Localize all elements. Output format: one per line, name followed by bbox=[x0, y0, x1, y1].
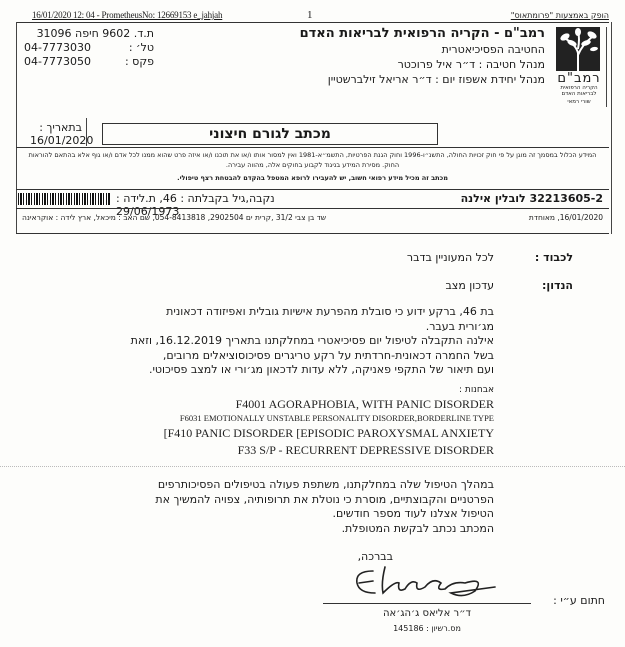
divider bbox=[16, 233, 609, 234]
hospital-logo: רמב"ם הקריה הרפואית לבריאות האדם שורי רמ… bbox=[552, 27, 607, 107]
signed-by-label: חתום ע״י : bbox=[553, 594, 605, 607]
recipient-label: לכבוד : bbox=[535, 251, 573, 264]
subject-label: הנדון: bbox=[542, 279, 573, 292]
logo-subtitle-2: לבריאות האדם bbox=[552, 91, 606, 97]
closing: בברכה, bbox=[358, 550, 393, 563]
document-title: מכתב לגורם חיצוני bbox=[102, 123, 438, 145]
patient-barcode bbox=[18, 193, 110, 205]
printed-by-note: הופק באמצעות "פרומתאוס" bbox=[511, 11, 609, 20]
admission-info: 16/01/2020, מאוחדת bbox=[529, 213, 603, 222]
fax-value: 04-7773050 bbox=[24, 55, 91, 69]
license-number: מס.רשיון : 145186 bbox=[323, 624, 531, 633]
division-name: החטיבה הפסיכיאטרית bbox=[300, 42, 545, 57]
diagnosis-item: F4001 AGORAPHOBIA, WITH PANIC DISORDER bbox=[236, 397, 494, 412]
paragraph-line: אילנה התקבלה לטיפול יום פסיכיאטרי במחלקת… bbox=[94, 334, 494, 349]
document-date: בתאריך : 16/01/2020 bbox=[30, 121, 82, 147]
tree-icon bbox=[556, 27, 600, 71]
paragraph-line: בת 46, ברקע ידוע כי סובלת מהפרעת אישיות … bbox=[94, 305, 494, 320]
diagnosis-item: F6031 EMOTIONALLY UNSTABLE PERSONALITY D… bbox=[180, 413, 494, 423]
phone-value: 04-7773030 bbox=[24, 41, 91, 55]
print-stamp: 16/01/2020 12: 04 - PrometheusNo: 126691… bbox=[32, 10, 222, 20]
page-number: 1 bbox=[307, 9, 313, 21]
fax-row: פקס : 04-7773050 bbox=[24, 55, 154, 69]
fax-label: פקס : bbox=[125, 55, 154, 69]
diagnoses-label: אבחנות : bbox=[459, 385, 494, 395]
doctor-name: ד״ר אליאס ג׳הג׳אה bbox=[323, 608, 531, 619]
privacy-notice: המידע הכלול במסמך זה מוגן על פי חוק זכוי… bbox=[22, 150, 603, 170]
paragraph-line: ועם תיאור של התקפי פאניקה, ללא עדות לדכא… bbox=[94, 363, 494, 378]
paragraph-line: הפרטניים והקבוצתיים, מוסרת כי נוטלת את ת… bbox=[84, 493, 494, 508]
scan-artifact bbox=[0, 466, 625, 467]
hospital-title: רמב"ם - הקריה הרפואית לבריאות האדם bbox=[300, 25, 545, 42]
logo-name: רמב"ם bbox=[552, 72, 606, 85]
signature-line bbox=[323, 603, 531, 604]
contact-block: ת.ד. 9602 חיפה 31096 טל׳ : 04-7773030 פק… bbox=[24, 27, 154, 69]
signature bbox=[345, 563, 505, 607]
divider bbox=[16, 208, 609, 209]
address-row: ת.ד. 9602 חיפה 31096 bbox=[24, 27, 154, 41]
subject: עדכון מצב bbox=[445, 279, 494, 292]
patient-id-name: 32213605-2 לובלין אילנה bbox=[461, 192, 603, 205]
privacy-notice-bold: מכתב זה מכיל מידע רפואי חשוב, יש להעבירו… bbox=[22, 174, 603, 182]
letter-paragraph-1: בת 46, ברקע ידוע כי סובלת מהפרעת אישיות … bbox=[94, 305, 494, 378]
division-head: מנהל חטיבה : ד״ר איל פרוכטר bbox=[300, 57, 545, 72]
recipient: לכל המעוניין בדבר bbox=[407, 251, 494, 264]
letter-paragraph-2: במהלך הטיפול שלה במחלקתנו, משתפת פעולה ב… bbox=[84, 478, 494, 536]
date-value: 16/01/2020 bbox=[30, 134, 82, 147]
diagnosis-item: F33 S/P - RECURRENT DEPRESSIVE DISORDER bbox=[238, 443, 494, 458]
address: ת.ד. 9602 חיפה 31096 bbox=[37, 27, 154, 41]
diagnosis-item: [F410 PANIC DISORDER [EPISODIC PAROXYSMA… bbox=[164, 426, 494, 441]
paragraph-line: המכתב נכתב לבקשת המטופלת. bbox=[84, 522, 494, 537]
divider bbox=[86, 118, 87, 146]
phone-row: טל׳ : 04-7773030 bbox=[24, 41, 154, 55]
phone-label: טל׳ : bbox=[129, 41, 154, 55]
unit-head: מנהל יחידת אשפוז יום : ד״ר אריאל זילברשט… bbox=[300, 72, 545, 87]
paragraph-line: בשל החמרה דכאונית-חרדתית על רקע טריגרים … bbox=[94, 349, 494, 364]
paragraph-line: במהלך הטיפול שלה במחלקתנו, משתפת פעולה ב… bbox=[84, 478, 494, 493]
divider bbox=[16, 147, 609, 148]
hospital-info: רמב"ם - הקריה הרפואית לבריאות האדם החטיב… bbox=[300, 25, 545, 87]
paragraph-line: הטיפול אצלנו לעוד מספר חודשים. bbox=[84, 507, 494, 522]
date-label: בתאריך : bbox=[30, 121, 82, 134]
divider bbox=[16, 189, 609, 190]
paragraph-line: מג׳ורית בעבר. bbox=[94, 320, 494, 335]
patient-address: שד בן צבי 31/2 ,קרית ים 2902504, 054-841… bbox=[22, 213, 382, 222]
logo-subtitle-3: שורי רמאי bbox=[552, 99, 606, 105]
